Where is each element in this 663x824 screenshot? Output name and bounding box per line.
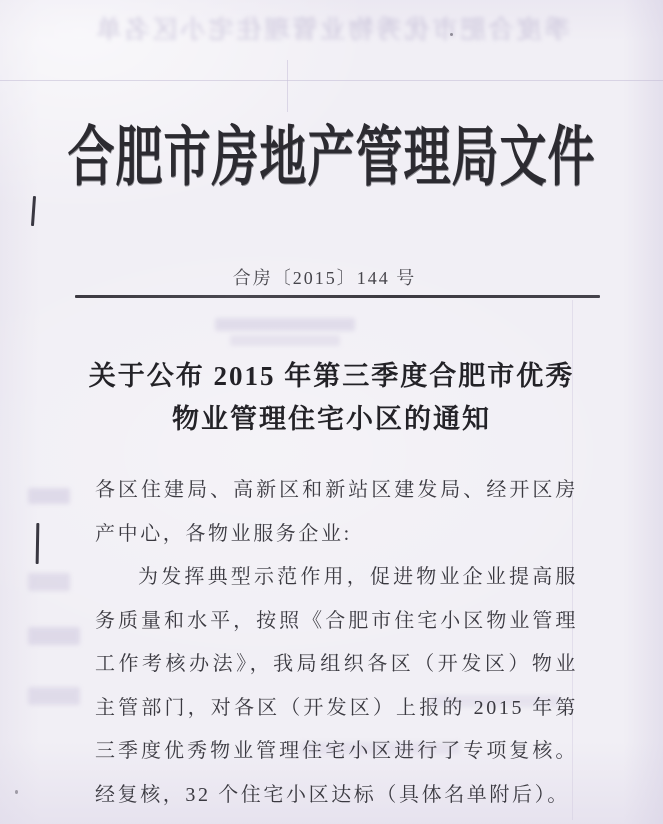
bleed-through-text: 季度合肥市优秀物业管理住宅小区名单 (0, 10, 663, 46)
document-number: 合房〔2015〕144 号 (0, 264, 649, 290)
scan-speck (450, 33, 453, 36)
scan-artifact-mark (31, 196, 36, 226)
bleed-through-smudge (230, 335, 340, 346)
notice-title: 关于公布 2015 年第三季度合肥市优秀物业管理住宅小区的通知 (0, 355, 663, 441)
bleed-through-table-line (0, 80, 663, 81)
bleed-through-smudge (28, 488, 70, 504)
bleed-through-smudge (28, 687, 80, 705)
bleed-through-table-line (287, 60, 288, 112)
bleed-through-smudge (28, 573, 70, 591)
notice-title-line2: 物业管理住宅小区的通知 (172, 404, 491, 434)
document-body: 各区住建局、高新区和新站区建发局、经开区房产中心，各物业服务企业: 为发挥典型示… (95, 469, 578, 817)
scan-artifact-mark (36, 523, 40, 564)
recipients-paragraph: 各区住建局、高新区和新站区建发局、经开区房产中心，各物业服务企业: (95, 469, 578, 556)
bleed-through-smudge (215, 318, 355, 331)
notice-title-line1: 关于公布 2015 年第三季度合肥市优秀 (89, 361, 575, 391)
scan-speck (15, 790, 18, 794)
agency-header-title: 合肥市房地产管理局文件 (0, 106, 663, 198)
scanned-document-page: 季度合肥市优秀物业管理住宅小区名单 合肥市房地产管理局文件 合房〔2015〕14… (0, 0, 663, 824)
body-paragraph: 为发挥典型示范作用，促进物业企业提高服务质量和水平，按照《合肥市住宅小区物业管理… (95, 556, 578, 817)
bleed-through-smudge (28, 627, 80, 645)
header-divider-rule (75, 295, 600, 298)
